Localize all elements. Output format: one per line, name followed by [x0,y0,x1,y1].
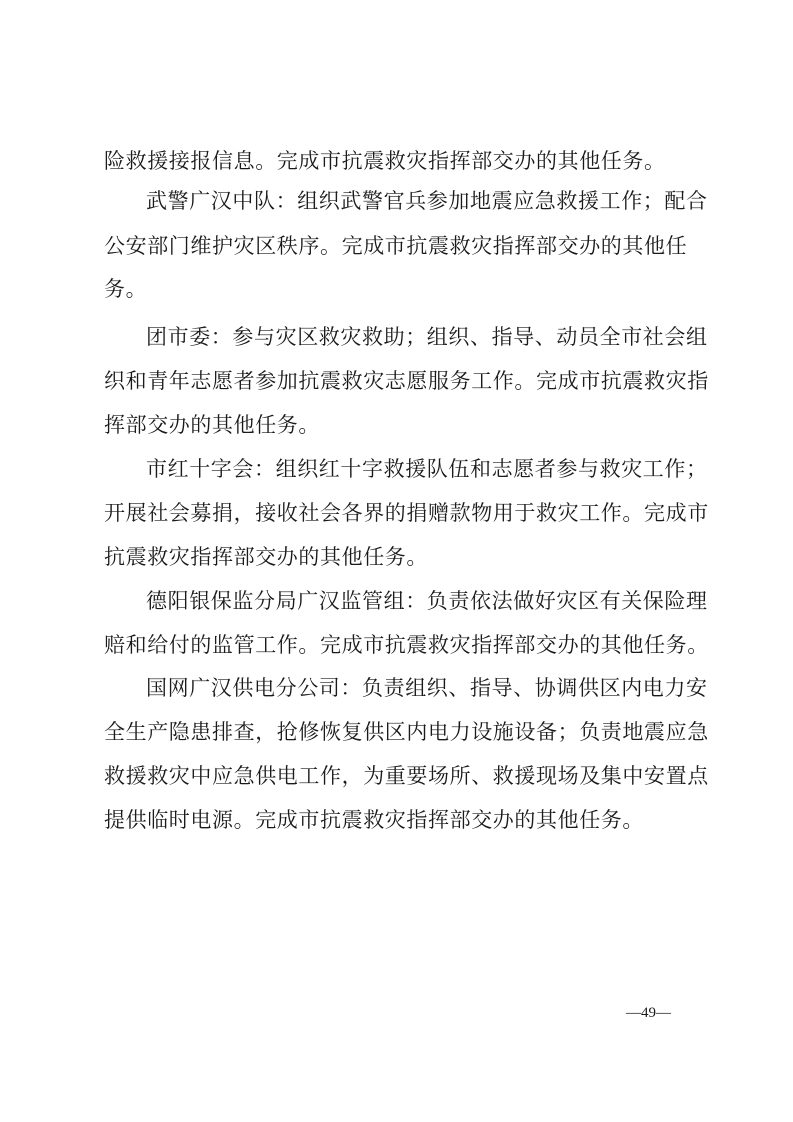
text-line: 赔和给付的监管工作。完成市抗震救灾指挥部交办的其他任务。 [104,630,709,660]
text-line: 务。 [104,274,147,304]
text-line: 救援救灾中应急供电工作，为重要场所、救援现场及集中安置点 [104,761,709,791]
text-line: 提供临时电源。完成市抗震救灾指挥部交办的其他任务。 [104,805,644,835]
paragraph-red-cross: 市红十字会：组织红十字救援队伍和志愿者参与救灾工作； [146,454,708,484]
paragraph-wujing-guanghan: 武警广汉中队：组织武警官兵参加地震应急救援工作；配合 [146,186,708,216]
text-line: 挥部交办的其他任务。 [104,410,320,440]
text-line: 织和青年志愿者参加抗震救灾志愿服务工作。完成市抗震救灾指 [104,366,709,396]
paragraph-tuanshiwei: 团市委：参与灾区救灾救助；组织、指导、动员全市社会组 [146,322,708,352]
text-line: 全生产隐患排查，抢修恢复供区内电力设施设备；负责地震应急 [104,717,709,747]
paragraph-insurance-regulator: 德阳银保监分局广汉监管组：负责依法做好灾区有关保险理 [146,586,708,616]
document-page: 险救援接报信息。完成市抗震救灾指挥部交办的其他任务。 武警广汉中队：组织武警官兵… [0,0,793,1122]
text-line: 开展社会募捐，接收社会各界的捐赠款物用于救灾工作。完成市 [104,498,709,528]
page-number: —49— [626,1003,671,1023]
text-line: 公安部门维护灾区秩序。完成市抗震救灾指挥部交办的其他任 [104,231,687,261]
text-line: 抗震救灾指挥部交办的其他任务。 [104,542,428,572]
text-line: 险救援接报信息。完成市抗震救灾指挥部交办的其他任务。 [104,146,666,176]
paragraph-state-grid: 国网广汉供电分公司：负责组织、指导、协调供区内电力安 [146,673,708,703]
